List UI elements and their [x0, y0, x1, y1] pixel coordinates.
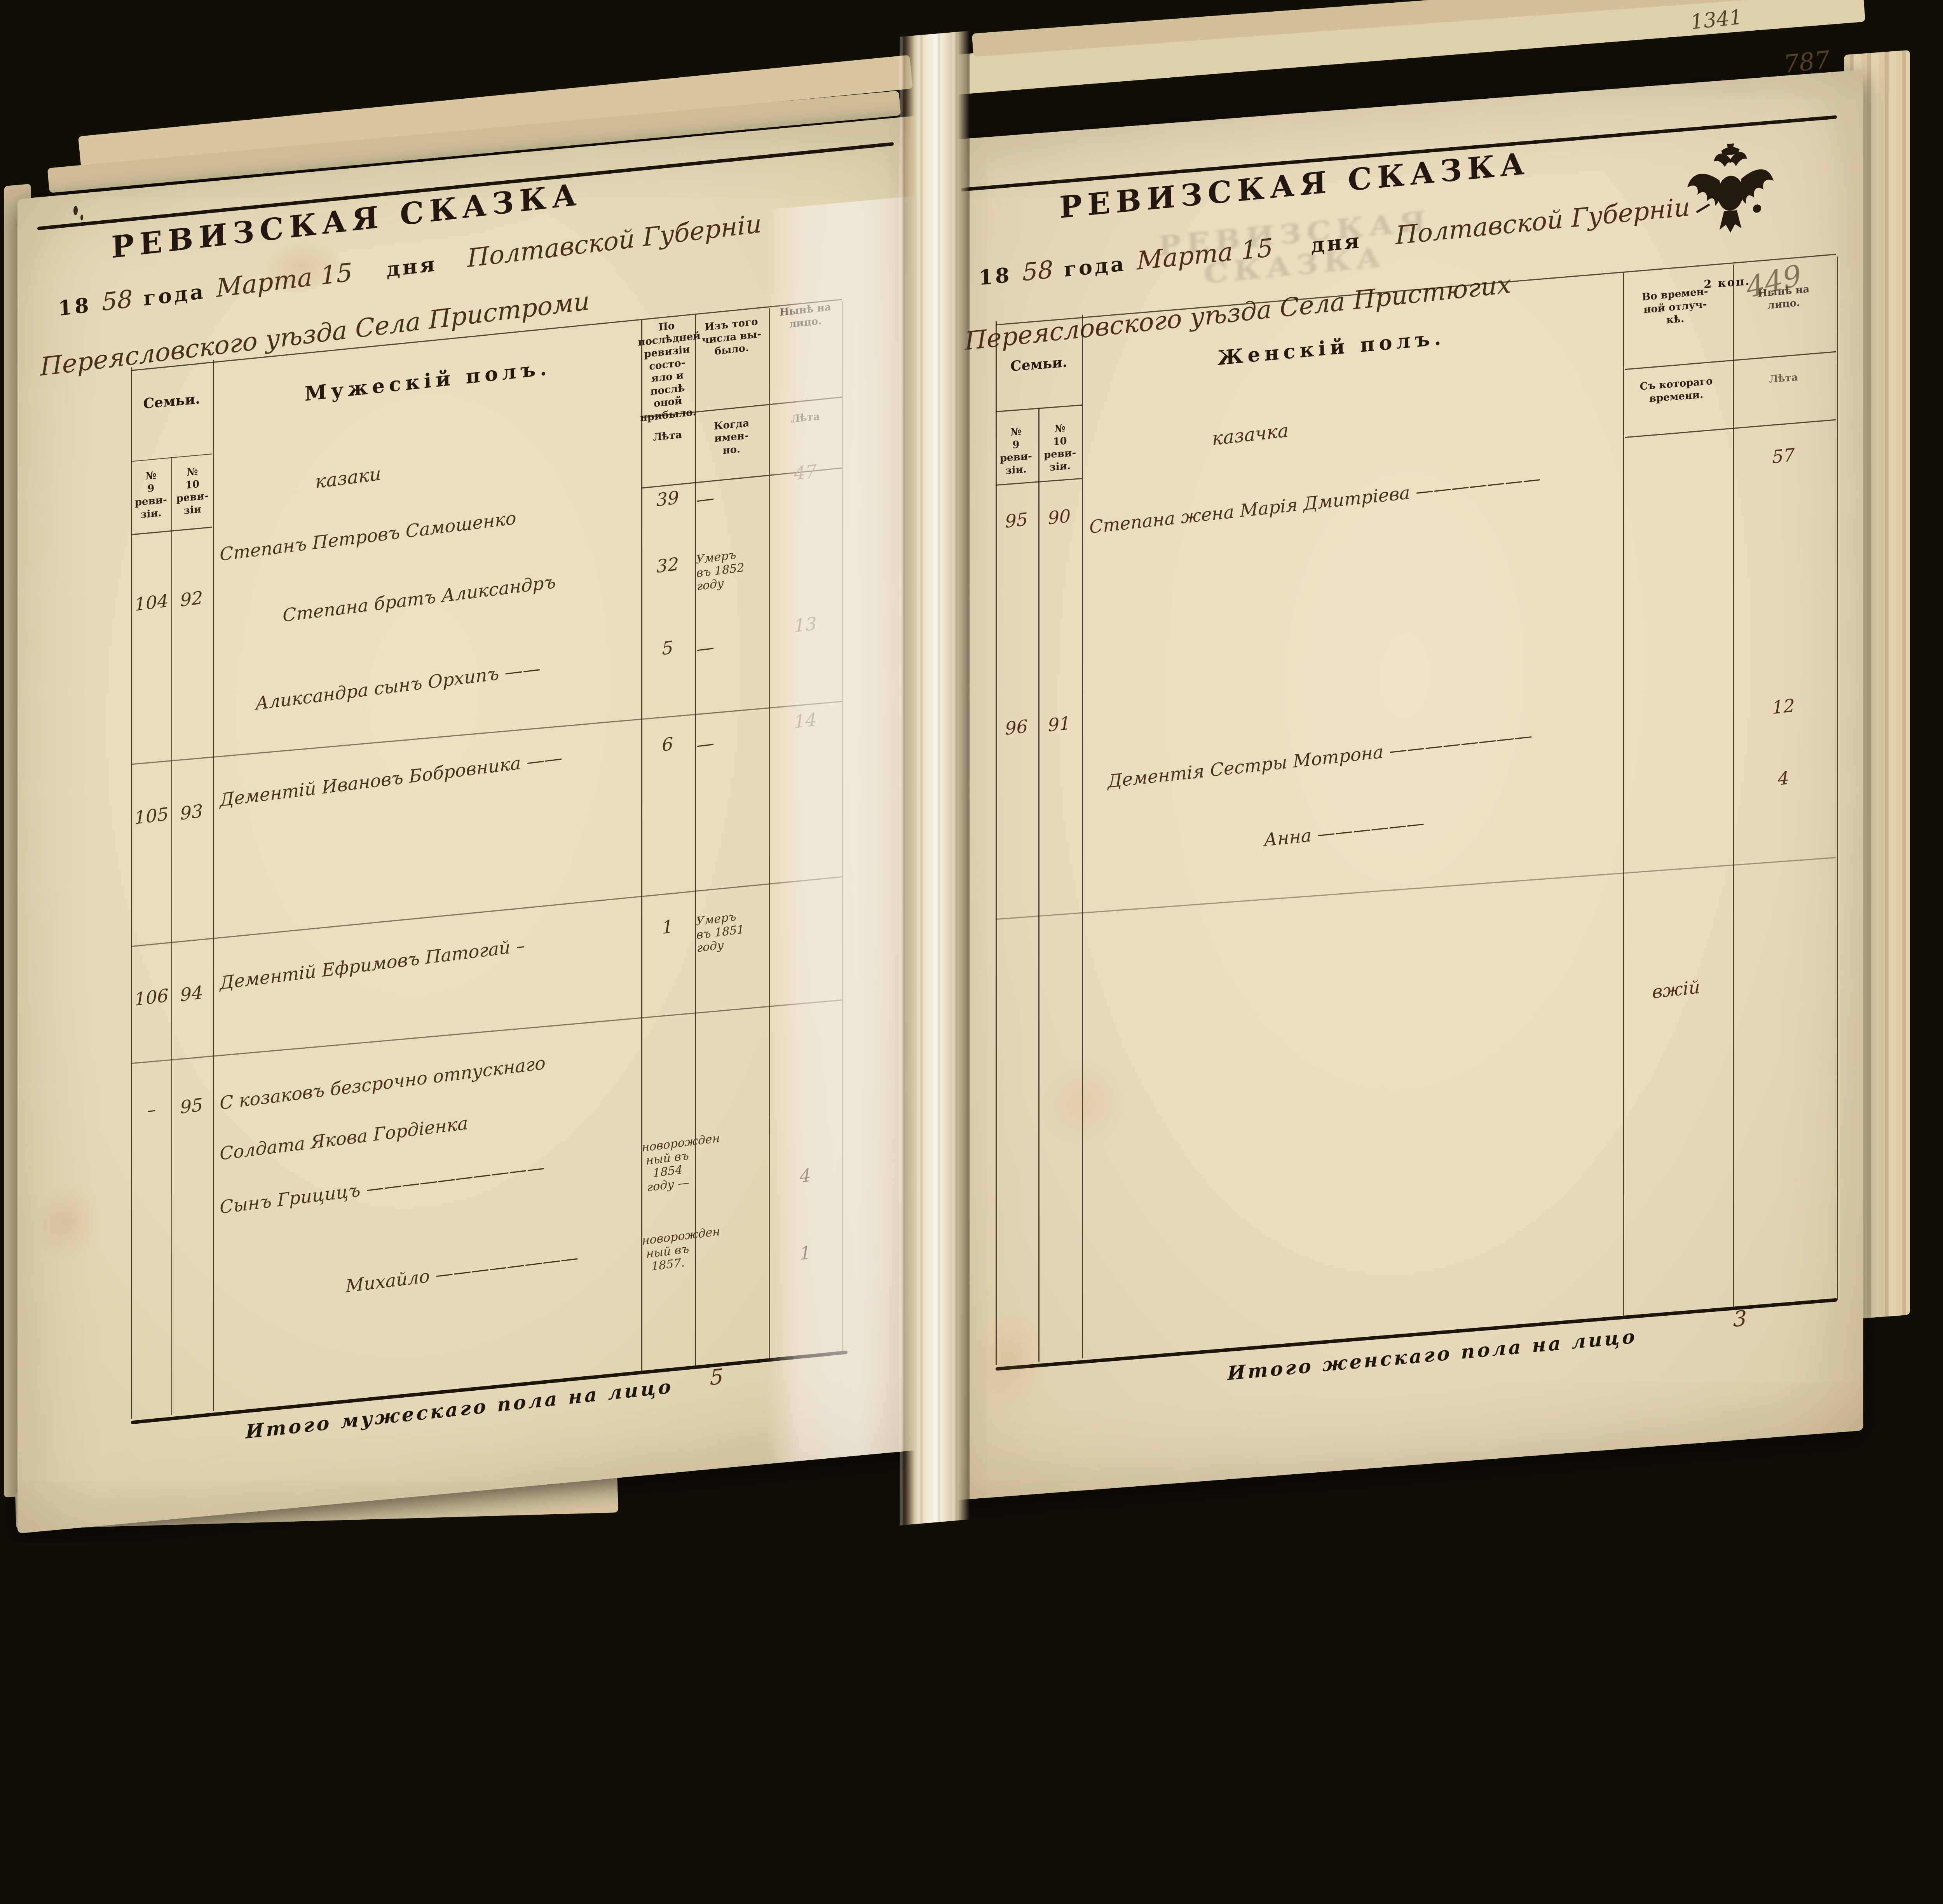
printed-goda: года [1064, 252, 1126, 282]
ledger-entry: Степана братъ Аликсандръ [282, 554, 697, 626]
right-group-script: казачка [1212, 420, 1289, 450]
ledger-entry: 1 [642, 914, 693, 940]
left-rev10-header: № 10 реви- зіи [172, 464, 213, 518]
ledger-entry: — [696, 481, 767, 510]
ledger-entry: 94 [171, 981, 212, 1006]
right-total-value: 3 [1733, 1306, 1747, 1332]
left-семьи-header: Семьи. [132, 389, 211, 413]
left-rev9-header: № 9 реви- зіи. [130, 468, 172, 522]
ledger-entry: Анна —————— [1263, 774, 1786, 851]
ledger-entry: 47 [770, 458, 841, 487]
right-page: РЕВИЗСКАЯ СКАЗКА РЕВИЗСКАЯ СКАЗКА 1858 г… [946, 70, 1863, 1501]
ledger-entry: 91 [1039, 711, 1081, 736]
ledger-entry: 1 [770, 1239, 841, 1268]
left-now-present-header: Нынѣ на лицо. [770, 300, 841, 333]
left-total-value: 5 [710, 1364, 724, 1390]
ledger-entry: 106 [132, 985, 171, 1010]
left-departed-header: Изъ того числа вы- было. [696, 315, 767, 360]
scanned-book-spread: 1341 787 РЕВИЗСКАЯ СКАЗКА 1858 года Март… [0, 0, 1943, 1543]
ledger-entry: 105 [132, 804, 171, 829]
left-leta2-header: Лѣта [771, 408, 840, 427]
ledger-entry: новорожден ный въ 1854 году — [642, 1135, 694, 1195]
ledger-entry: 95 [171, 1093, 212, 1119]
right-rev9-header: № 9 реви- зіи. [995, 424, 1037, 478]
printed-year-prefix: 18 [58, 293, 92, 321]
ledger-entry: 6 [642, 731, 693, 758]
script-gubernia: Полтавской Губерніи [1395, 193, 1690, 251]
printed-dnya: дня [1311, 229, 1362, 258]
ledger-entry: 92 [171, 586, 212, 612]
ledger-entry: 57 [1734, 441, 1833, 472]
ledger-entry: 104 [132, 590, 171, 615]
ledger-entry: Умеръ въ 1851 году [696, 907, 767, 955]
ink-spot [80, 214, 83, 221]
printed-goda: года [143, 279, 206, 310]
right-семьи-header: Семьи. [997, 353, 1081, 376]
ledger-entry: Умеръ въ 1852 году [696, 545, 767, 594]
left-sex-header: Мужескій полъ. [225, 348, 631, 414]
printed-year-prefix: 18 [978, 263, 1012, 290]
left-group-script: казаки [315, 463, 382, 493]
left-last-revision-header: По послѣдней ревизіи состо- яло и послѣ … [638, 317, 697, 424]
ledger-entry: — [696, 726, 767, 755]
ledger-entry: 96 [996, 715, 1036, 740]
ledger-entry: новорожден ный въ 1857. [642, 1229, 693, 1275]
ledger-entry: Степанъ Петровъ Самошенко [219, 493, 634, 565]
ledger-entry: Дементія Сестры Мотрона ———————— [1108, 715, 1631, 792]
script-year: 58 [101, 284, 133, 316]
ledger-entry: Дементій Ефримовъ Патогай – [219, 921, 634, 993]
ledger-entry: — [696, 630, 767, 659]
ledger-entry: Аликсандра сынъ Орхипъ —— [255, 642, 670, 714]
ledger-entry: 13 [770, 610, 841, 639]
printed-dnya: дня [386, 252, 438, 281]
right-since-header: Съ котораго времени. [1625, 374, 1727, 407]
ledger-entry: 39 [642, 485, 693, 512]
right-rev10-header: № 10 реви- зіи. [1039, 421, 1081, 474]
stain [35, 1179, 98, 1265]
ledger-entry: 5 [642, 635, 693, 662]
left-leta1-header: Лѣта [642, 427, 693, 445]
ledger-entry: Дементій Ивановъ Бобровника —— [219, 739, 634, 811]
right-absence-header: Во времен- ной отлуч- кѣ. [1625, 284, 1726, 331]
ledger-entry: 95 [996, 508, 1036, 533]
ledger-entry: 90 [1039, 505, 1081, 530]
ledger-entry: вжій [1625, 974, 1728, 1005]
right-leta-header: Лѣта [1735, 369, 1832, 389]
ledger-entry: 93 [171, 800, 212, 825]
left-total-label: Итого мужескаго пола на лицо [225, 1373, 694, 1445]
ink-spot [73, 206, 78, 215]
ledger-entry: 4 [770, 1161, 841, 1190]
stain [1038, 1051, 1130, 1153]
book-gutter [900, 31, 970, 1526]
stain [974, 1302, 1047, 1417]
left-when-header: Когда имен- но. [696, 415, 767, 460]
ledger-entry: 14 [770, 706, 841, 735]
ledger-entry: 12 [1734, 691, 1833, 722]
script-year: 58 [1022, 255, 1053, 287]
imperial-eagle-stamp-icon [1685, 106, 1776, 276]
ledger-entry: Степана жена Марія Дмитріева ——————— [1089, 460, 1612, 537]
left-page: РЕВИЗСКАЯ СКАЗКА 1858 года Марта 15 дня … [17, 115, 919, 1533]
ledger-entry: – [132, 1097, 171, 1122]
